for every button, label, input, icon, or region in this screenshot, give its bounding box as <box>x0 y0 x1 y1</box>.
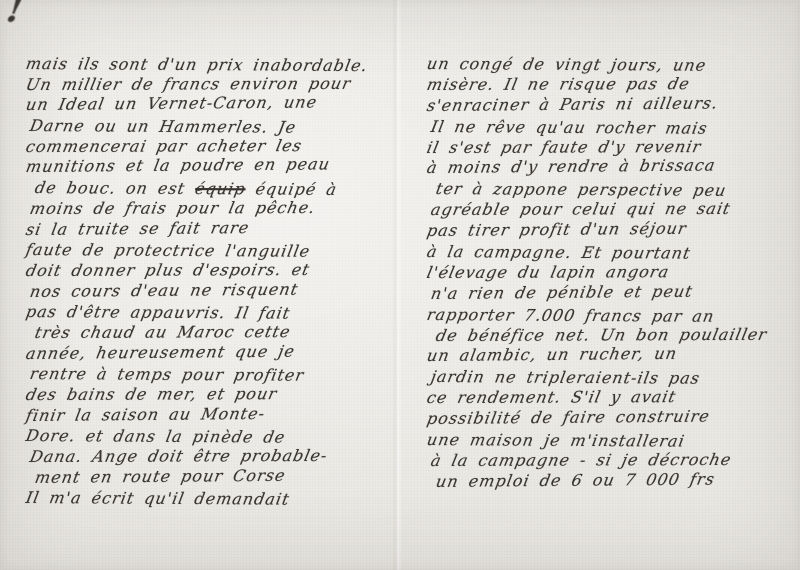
handwritten-line: Il m'a écrit qu'il demandait <box>24 488 403 511</box>
handwritten-line: année, heureusement que je <box>24 340 404 364</box>
handwritten-line: s'enraciner à Paris ni ailleurs. <box>425 93 800 117</box>
letter-scan: ! mais ils sont d'un prix inabordable. U… <box>0 0 800 570</box>
handwritten-line: moins de frais pour la pêche. <box>24 198 405 220</box>
handwritten-line: possibilité de faire construire <box>425 406 800 430</box>
left-page: mais ils sont d'un prix inabordable. Un … <box>26 54 402 509</box>
handwritten-line: ment en route pour Corse <box>24 464 404 488</box>
handwritten-line: à moins d'y rendre à brissaca <box>425 155 800 179</box>
handwritten-line: pas tirer profit d'un séjour <box>425 218 800 242</box>
handwritten-line: munitions et la poudre en peau <box>24 154 404 178</box>
line-text: équipé à <box>244 179 339 199</box>
ink-blot-mark: ! <box>4 0 26 28</box>
line-text: de bouc. on est <box>33 178 197 198</box>
handwritten-line: un alambic, un rucher, un <box>425 343 800 367</box>
handwritten-line: n'a rien de pénible et peut <box>425 281 800 305</box>
handwritten-line: si la truite se fait rare <box>24 216 404 240</box>
handwritten-line: un emploi de 6 ou 7 000 frs <box>425 469 800 493</box>
handwritten-line: nos cours d'eau ne risquent <box>24 278 404 302</box>
handwritten-line: un Ideal un Vernet-Caron, une <box>24 92 404 116</box>
crossed-out-word: équip <box>194 179 248 198</box>
handwritten-line: finir la saison au Monte- <box>24 402 404 426</box>
right-page: un congé de vingt jours, une misère. Il … <box>427 54 799 493</box>
